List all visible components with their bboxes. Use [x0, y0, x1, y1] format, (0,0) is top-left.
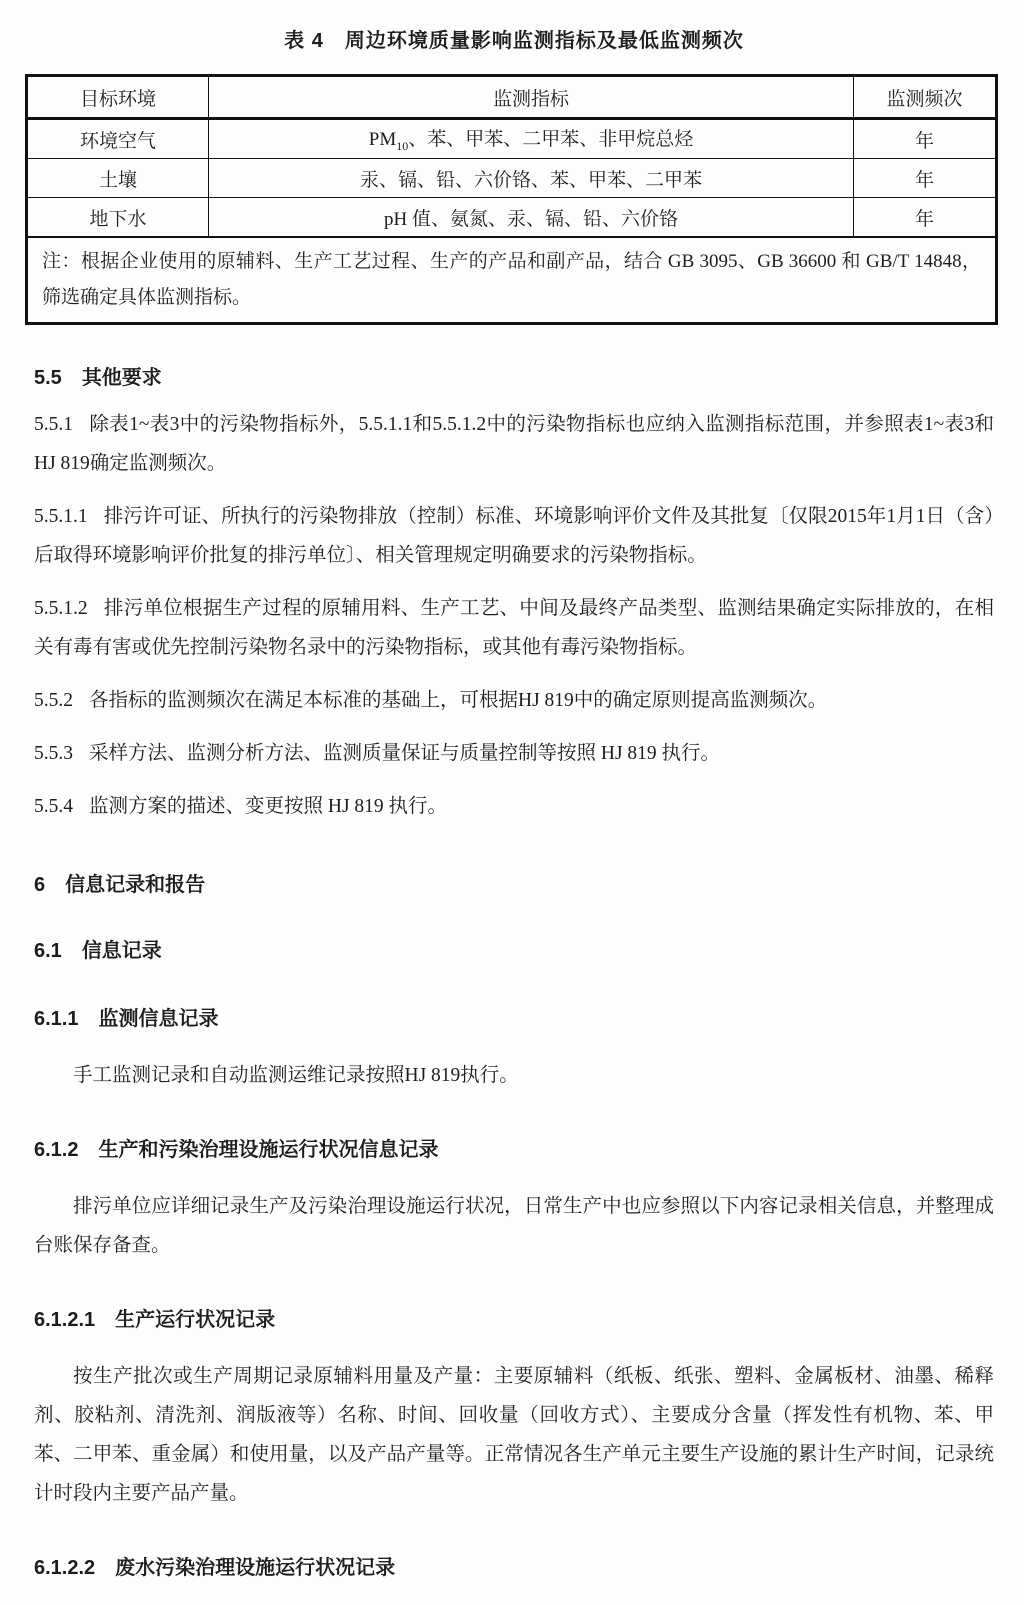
section-number: 6	[34, 874, 45, 896]
table-4-title: 表 4 周边环境质量影响监测指标及最低监测频次	[34, 24, 994, 53]
table-header-row: 目标环境 监测指标 监测频次	[27, 76, 997, 119]
section-6-1-2-2: 6.1.2.2废水污染治理设施运行状况记录	[34, 1555, 994, 1581]
cell-indicators: pH 值、氨氮、汞、镉、铅、六价铬	[209, 198, 854, 238]
paragraph-text: 手工监测记录和自动监测运维记录按照HJ 819执行。	[73, 1065, 519, 1086]
section-6-1-2: 6.1.2生产和污染治理设施运行状况信息记录	[34, 1137, 994, 1163]
cell-frequency: 年	[854, 119, 997, 159]
section-title: 废水污染治理设施运行状况记录	[115, 1557, 395, 1579]
cell-environment: 土壤	[27, 159, 209, 198]
section-5-5-4: 5.5.4监测方案的描述、变更按照 HJ 819 执行。	[34, 787, 994, 826]
header-target-environment: 目标环境	[27, 76, 209, 119]
section-number: 5.5.1	[34, 414, 73, 435]
section-title: 其他要求	[82, 367, 162, 389]
section-title: 信息记录和报告	[65, 874, 205, 896]
section-5-5: 5.5其他要求	[34, 365, 994, 391]
pm-subscript: 10	[396, 139, 408, 153]
section-text: 采样方法、监测分析方法、监测质量保证与质量控制等按照 HJ 819 执行。	[89, 743, 720, 764]
section-6-1-1: 6.1.1监测信息记录	[34, 1006, 994, 1032]
section-text: 监测方案的描述、变更按照 HJ 819 执行。	[89, 796, 447, 817]
paragraph-text: 排污单位应详细记录生产及污染治理设施运行状况，日常生产中也应参照以下内容记录相关…	[34, 1196, 994, 1256]
table-4: 目标环境 监测指标 监测频次 环境空气 PM10、苯、甲苯、二甲苯、非甲烷总烃 …	[25, 74, 998, 325]
section-number: 5.5.2	[34, 690, 73, 711]
table-note: 注：根据企业使用的原辅料、生产工艺过程、生产的产品和副产品，结合 GB 3095…	[27, 237, 997, 324]
document-page: 表 4 周边环境质量影响监测指标及最低监测频次 目标环境 监测指标 监测频次 环…	[0, 0, 1024, 1605]
section-5-5-1-1: 5.5.1.1排污许可证、所执行的污染物排放（控制）标准、环境影响评价文件及其批…	[34, 497, 994, 575]
section-text: 除表1~表3中的污染物指标外，5.5.1.1和5.5.1.2中的污染物指标也应纳…	[34, 414, 994, 474]
table-row-soil: 土壤 汞、镉、铅、六价铬、苯、甲苯、二甲苯 年	[27, 159, 997, 198]
section-5-5-1: 5.5.1除表1~表3中的污染物指标外，5.5.1.1和5.5.1.2中的污染物…	[34, 405, 994, 483]
section-title: 监测信息记录	[98, 1008, 218, 1030]
section-6-1-2-1: 6.1.2.1生产运行状况记录	[34, 1307, 994, 1333]
cell-frequency: 年	[854, 159, 997, 198]
section-number: 6.1	[34, 940, 62, 962]
section-number: 5.5.3	[34, 743, 73, 764]
section-text: 排污单位根据生产过程的原辅用料、生产工艺、中间及最终产品类型、监测结果确定实际排…	[34, 598, 994, 658]
table-row-groundwater: 地下水 pH 值、氨氮、汞、镉、铅、六价铬 年	[27, 198, 997, 238]
section-text: 各指标的监测频次在满足本标准的基础上，可根据HJ 819中的确定原则提高监测频次…	[89, 690, 827, 711]
table-row-ambient-air: 环境空气 PM10、苯、甲苯、二甲苯、非甲烷总烃 年	[27, 119, 997, 159]
section-text: 排污许可证、所执行的污染物排放（控制）标准、环境影响评价文件及其批复〔仅限201…	[34, 506, 994, 566]
section-title: 生产运行状况记录	[115, 1309, 275, 1331]
indicator-list: 、苯、甲苯、二甲苯、非甲烷总烃	[408, 129, 693, 150]
section-number: 6.1.1	[34, 1008, 78, 1030]
section-number: 6.1.2.1	[34, 1309, 95, 1331]
section-6-1: 6.1信息记录	[34, 938, 994, 964]
header-monitoring-frequency: 监测频次	[854, 76, 997, 119]
cell-environment: 环境空气	[27, 119, 209, 159]
section-5-5-1-2: 5.5.1.2排污单位根据生产过程的原辅用料、生产工艺、中间及最终产品类型、监测…	[34, 589, 994, 667]
section-number: 5.5.4	[34, 796, 73, 817]
section-number: 5.5	[34, 367, 62, 389]
section-title: 信息记录	[82, 940, 162, 962]
section-title: 生产和污染治理设施运行状况信息记录	[98, 1139, 438, 1161]
paragraph-operation-records: 排污单位应详细记录生产及污染治理设施运行状况，日常生产中也应参照以下内容记录相关…	[34, 1187, 994, 1265]
section-number: 5.5.1.2	[34, 598, 88, 619]
cell-environment: 地下水	[27, 198, 209, 238]
cell-indicators: 汞、镉、铅、六价铬、苯、甲苯、二甲苯	[209, 159, 854, 198]
section-5-5-3: 5.5.3采样方法、监测分析方法、监测质量保证与质量控制等按照 HJ 819 执…	[34, 734, 994, 773]
paragraph-text: 按生产批次或生产周期记录原辅料用量及产量：主要原辅料（纸板、纸张、塑料、金属板材…	[34, 1366, 994, 1504]
paragraph-manual-monitoring: 手工监测记录和自动监测运维记录按照HJ 819执行。	[34, 1056, 994, 1095]
cell-indicators: PM10、苯、甲苯、二甲苯、非甲烷总烃	[209, 119, 854, 159]
section-5-5-2: 5.5.2各指标的监测频次在满足本标准的基础上，可根据HJ 819中的确定原则提…	[34, 681, 994, 720]
header-monitoring-indicators: 监测指标	[209, 76, 854, 119]
section-6: 6信息记录和报告	[34, 872, 994, 898]
section-number: 5.5.1.1	[34, 506, 88, 527]
paragraph-production-records: 按生产批次或生产周期记录原辅料用量及产量：主要原辅料（纸板、纸张、塑料、金属板材…	[34, 1357, 994, 1513]
section-number: 6.1.2.2	[34, 1557, 95, 1579]
table-note-row: 注：根据企业使用的原辅料、生产工艺过程、生产的产品和副产品，结合 GB 3095…	[27, 237, 997, 324]
section-number: 6.1.2	[34, 1139, 78, 1161]
pm-label: PM	[369, 129, 396, 150]
cell-frequency: 年	[854, 198, 997, 238]
